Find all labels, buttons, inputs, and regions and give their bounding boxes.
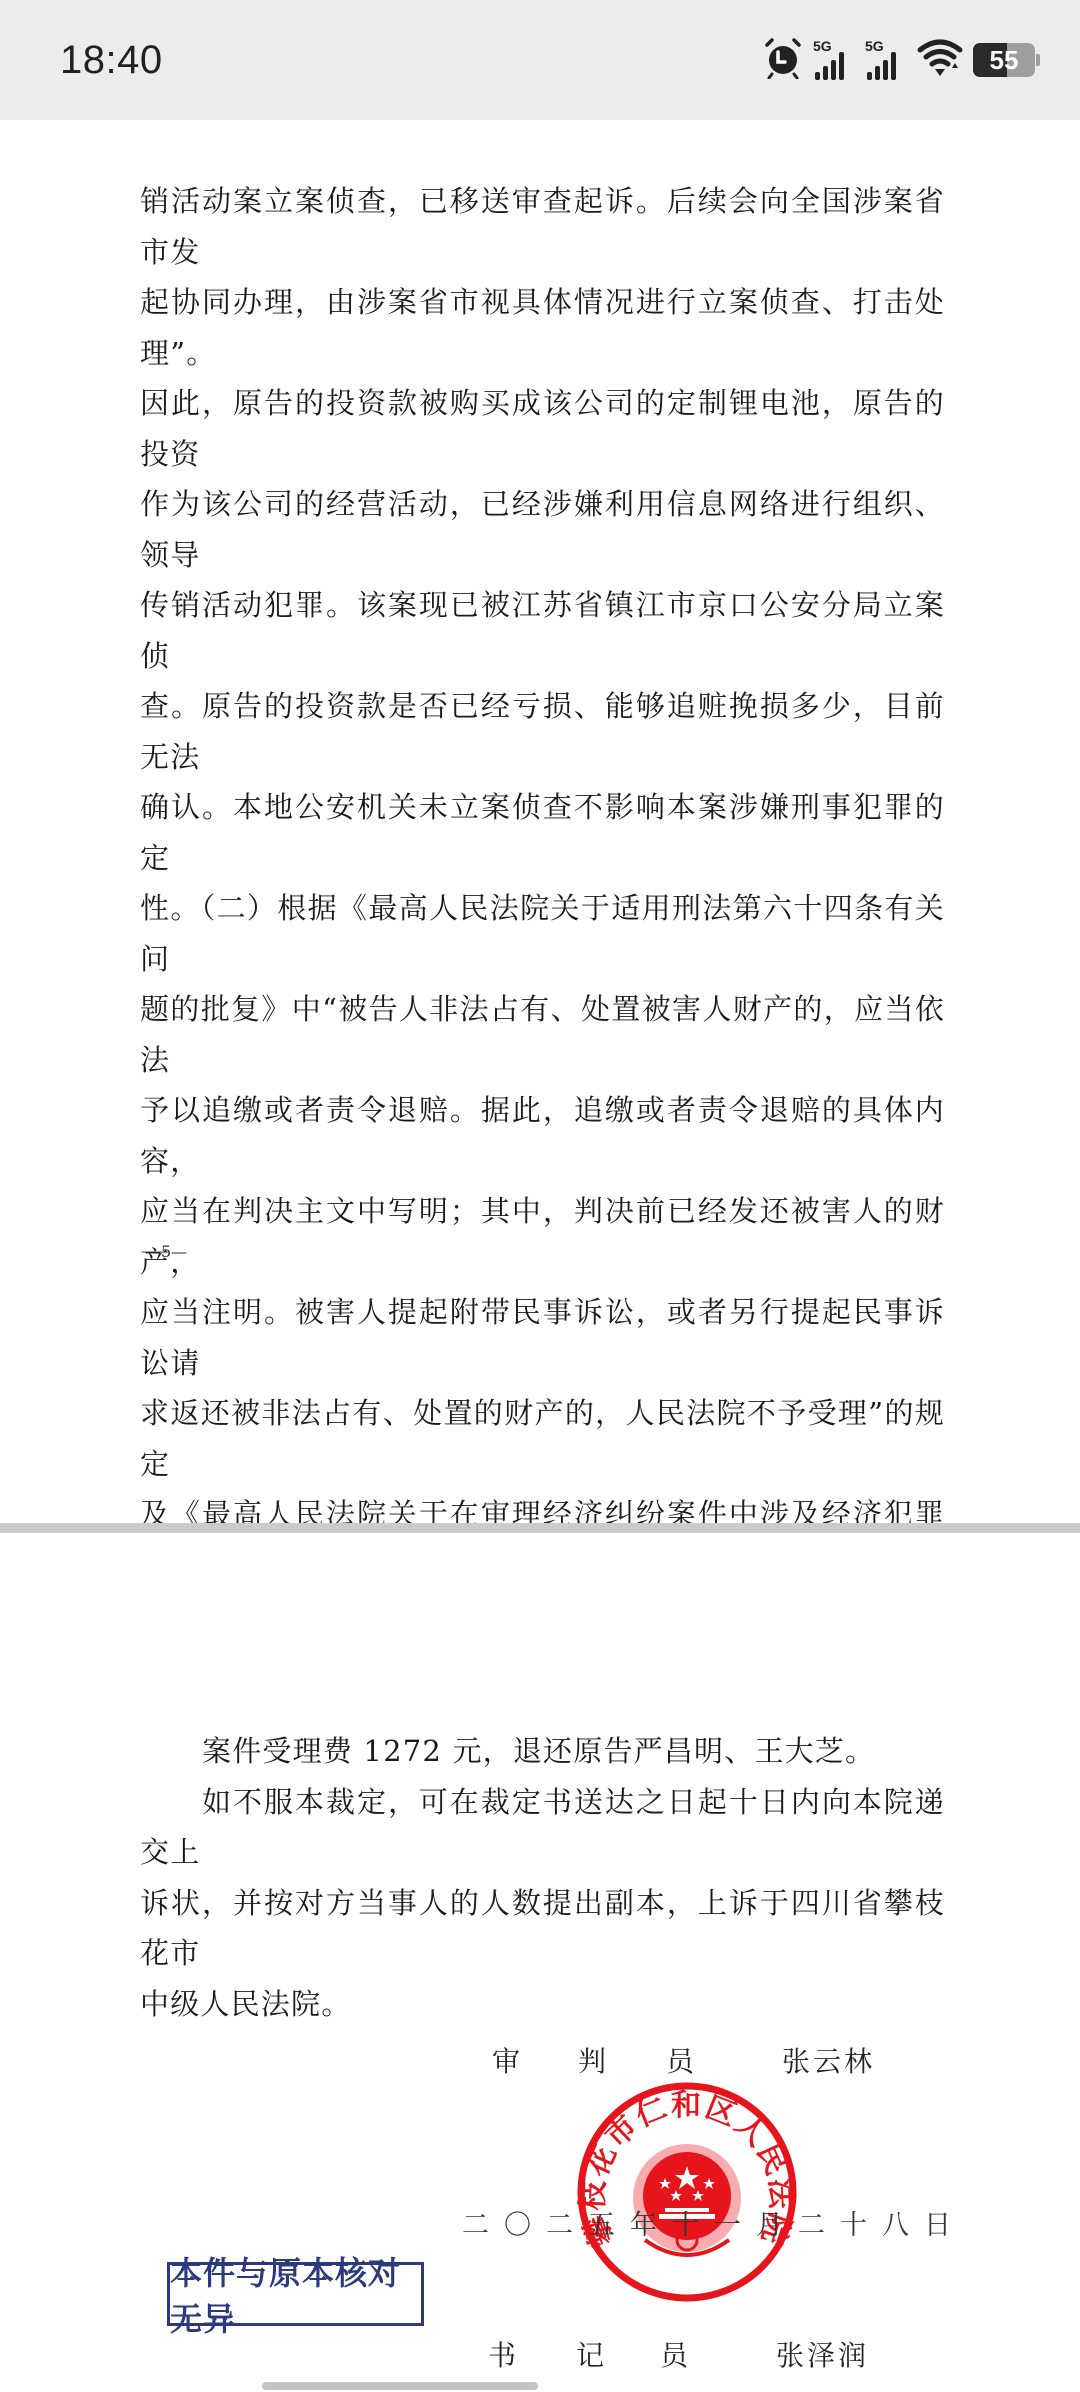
date-char: 二 — [798, 2203, 826, 2242]
date-char: 月 — [756, 2203, 784, 2242]
appeal-line: 如不服本裁定，可在裁定书送达之日起十日内向本院递交上 — [140, 1777, 945, 1878]
signal-5g-sim2-icon: 5G — [865, 38, 907, 82]
text-line: 作为该公司的经营活动，已经涉嫌利用信息网络进行组织、领导 — [140, 479, 945, 580]
judge-label-char: 判 — [578, 2040, 607, 2080]
date-char: 五 — [588, 2203, 616, 2242]
text-line: 题的批复》中“被告人非法占有、处置被害人财产的，应当依法 — [140, 984, 945, 1085]
page-number: —5— — [145, 1242, 187, 1261]
date-char: 〇 — [504, 2203, 532, 2242]
alarm-icon — [763, 37, 803, 83]
date-char: 二 — [546, 2203, 574, 2242]
text-line: 销活动案立案侦查，已移送审查起诉。后续会向全国涉案省市发 — [140, 176, 945, 277]
status-bar: 18:40 5G 5G — [0, 0, 1080, 120]
battery-icon: 55 — [973, 43, 1035, 77]
verification-stamp: 本件与原本核对无异 — [167, 2262, 424, 2326]
battery-tip — [1036, 54, 1040, 66]
wifi-icon — [917, 38, 963, 82]
judge-label-char: 员 — [666, 2040, 695, 2080]
clerk-label-char: 员 — [660, 2334, 689, 2374]
clerk-label-char: 书 — [488, 2334, 517, 2374]
text-line: 应当在判决主文中写明；其中，判决前已经发还被害人的财产， — [140, 1186, 945, 1287]
text-line: 因此，原告的投资款被购买成该公司的定制锂电池，原告的投资 — [140, 378, 945, 479]
date-char: 年 — [630, 2203, 658, 2242]
date-char: 十 — [672, 2203, 700, 2242]
appeal-line: 中级人民法院。 — [140, 1979, 945, 2030]
date-char: 日 — [924, 2203, 952, 2242]
text-line: 查。原告的投资款是否已经亏损、能够追赃挽损多少，目前无法 — [140, 681, 945, 782]
fee-line: 案件受理费 1272 元，退还原告严昌明、王大芝。 — [140, 1726, 945, 1777]
text-line: 确认。本地公安机关未立案侦查不影响本案涉嫌刑事犯罪的定 — [140, 782, 945, 883]
text-line: 性。（二）根据《最高人民法院关于适用刑法第六十四条有关问 — [140, 883, 945, 984]
text-line: 予以追缴或者责令退赔。据此，追缴或者责令退赔的具体内容， — [140, 1085, 945, 1186]
home-gesture-bar[interactable] — [262, 2382, 538, 2390]
appeal-line: 诉状，并按对方当事人的人数提出副本，上诉于四川省攀枝花市 — [140, 1878, 945, 1979]
clerk-label-char: 记 — [576, 2334, 605, 2374]
clerk-name: 张泽润 — [776, 2334, 869, 2374]
date-char: 十 — [840, 2203, 868, 2242]
text-line: 起协同办理，由涉案省市视具体情况进行立案侦查、打击处理”。 — [140, 277, 945, 378]
judge-name: 张云林 — [782, 2040, 875, 2080]
text-line: 传销活动犯罪。该案现已被江苏省镇江市京口公安分局立案侦 — [140, 580, 945, 681]
page-separator — [0, 1523, 1080, 1533]
court-seal: 攀枝花市仁和区人民法院 — [575, 2080, 799, 2304]
text-line: 应当注明。被害人提起附带民事诉讼，或者另行提起民事诉讼请 — [140, 1287, 945, 1388]
text-line: 求返还被非法占有、处置的财产的，人民法院不予受理”的规定 — [140, 1388, 945, 1489]
judge-label-char: 审 — [492, 2040, 521, 2080]
status-icons: 5G 5G 55 — [763, 37, 1040, 83]
status-time: 18:40 — [60, 38, 163, 83]
date-char: 一 — [714, 2203, 742, 2242]
signal-5g-sim1-icon: 5G — [813, 38, 855, 82]
date-char: 八 — [882, 2203, 910, 2242]
fee-and-appeal-paragraph: 案件受理费 1272 元，退还原告严昌明、王大芝。 如不服本裁定，可在裁定书送达… — [140, 1726, 945, 2029]
date-char: 二 — [462, 2203, 490, 2242]
